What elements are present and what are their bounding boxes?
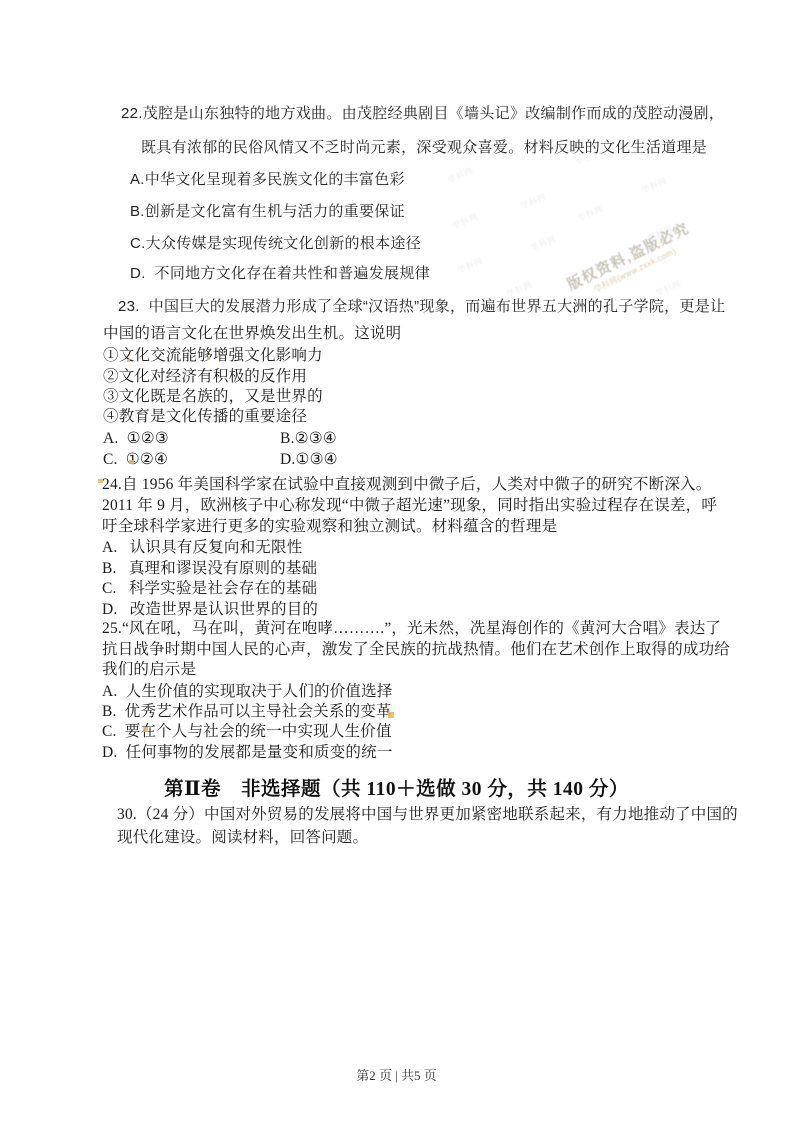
question-22-line-1: 22.茂腔是山东独特的地方戏曲。由茂腔经典剧目《墙头记》改编制作而成的茂腔动漫剧… xyxy=(121,105,724,122)
watermark-stamp: 学科网 xyxy=(646,223,675,244)
question-24-option-b: B. 真理和谬误没有原则的基础 xyxy=(102,560,317,578)
watermark-stamp: 学科网 xyxy=(654,278,683,299)
watermark-stamp: 学科网 xyxy=(640,175,669,196)
scan-artifact xyxy=(129,460,134,464)
scan-artifact xyxy=(388,712,394,718)
question-22-line-2: 既具有浓郁的民俗风情又不乏时尚元素，深受观众喜爱。材料反映的文化生活道理是 xyxy=(141,139,707,156)
copyright-watermark-text: 版权资料,盗版必究 xyxy=(536,204,720,308)
question-23-item-4: ④教育是文化传播的重要途径 xyxy=(103,408,307,426)
question-23-line-1: 23. 中国巨大的发展潜力形成了全球“汉语热”现象，而遍布世界五大洲的孔子学院，… xyxy=(118,298,725,315)
question-25-line-3: 我们的启示是 xyxy=(102,661,196,679)
question-23-option-c: C. ①②④ xyxy=(103,451,168,469)
question-23-option-a: A. ①②③ xyxy=(103,430,169,448)
section-2-header: 第Ⅱ卷 非选择题（共 110＋选做 30 分，共 140 分） xyxy=(0,773,793,801)
question-25-line-2: 抗日战争时期中国人民的心声，激发了全民族的抗战热情。他们在艺术创作上取得的成功给 xyxy=(102,641,730,659)
scan-artifact xyxy=(143,727,148,732)
question-24-option-c: C. 科学实验是社会存在的基础 xyxy=(102,580,317,598)
question-24-line-2: 2011 年 9 月，欧洲核子中心称发现“中微子超光速”现象，同时指出实验过程存… xyxy=(102,497,717,515)
watermark-stamp: 学科网 xyxy=(529,233,558,254)
question-23-option-b: B.②③④ xyxy=(280,430,337,448)
question-22-option-a: A.中华文化呈现着多民族文化的丰富色彩 xyxy=(130,171,405,188)
question-24-line-1: 24.自 1956 年美国科学家在试验中直接观测到中微子后，人类对中微子的研究不… xyxy=(102,476,711,494)
scan-artifact xyxy=(207,357,210,360)
question-25-option-d: D. 任何事物的发展都是量变和质变的统一 xyxy=(102,744,393,762)
question-25-option-b: B. 优秀艺术作品可以主导社会关系的变革 xyxy=(102,703,392,721)
question-30-line-2: 现代化建设。阅读材料，回答问题。 xyxy=(117,829,368,847)
watermark-stamp: 学科网 xyxy=(505,279,534,300)
question-24-line-3: 吁全球科学家进行更多的实验观察和独立测试。材料蕴含的哲理是 xyxy=(102,518,557,536)
question-23-item-1: ①文化交流能够增强文化影响力 xyxy=(103,347,323,365)
question-24-option-d: D. 改造世界是认识世界的目的 xyxy=(102,601,318,619)
question-23-item-3: ③文化既是名族的，又是世界的 xyxy=(103,388,323,406)
question-22-option-b: B.创新是文化富有生机与活力的重要保证 xyxy=(130,203,405,220)
question-24-option-a: A. 认识具有反复向和无限性 xyxy=(102,539,302,557)
scan-artifact xyxy=(127,359,130,362)
watermark-stamp: 学科网 xyxy=(446,165,475,186)
exam-page-scan: 学科网 学科网 学科网 学科网 学科网 学科网 学科网 学科网 学科网 学科网 … xyxy=(0,0,793,1122)
question-23-item-2: ②文化对经济有积极的反作用 xyxy=(103,368,307,386)
question-23-line-2: 中国的语言文化在世界焕发出生机。这说明 xyxy=(103,325,401,343)
question-22-option-d: D. 不同地方文化存在着共性和普遍发展规律 xyxy=(130,265,430,282)
page-footer: 第2 页 | 共5 页 xyxy=(0,1065,793,1084)
question-25-option-a: A. 人生价值的实现取决于人们的价值选择 xyxy=(102,683,393,701)
question-22-option-c: C.大众传媒是实现传统文化创新的根本途径 xyxy=(130,235,421,252)
question-30-line-1: 30.（24 分）中国对外贸易的发展将中国与世界更加紧密地联系起来，有力地推动了… xyxy=(117,806,738,824)
watermark-stamp: 学科网 xyxy=(519,191,548,212)
watermark-stamp: 学科网 xyxy=(456,255,485,276)
watermark-stamp: 学科网 xyxy=(451,211,480,232)
question-25-line-1: 25.“风在吼，马在叫，黄河在咆哮……….”，光未然，冼星海创作的《黄河大合唱》… xyxy=(102,620,721,638)
question-23-option-d: D.①③④ xyxy=(280,451,338,469)
scan-artifact xyxy=(98,479,103,483)
watermark-stamp: 学科网 xyxy=(576,203,605,224)
